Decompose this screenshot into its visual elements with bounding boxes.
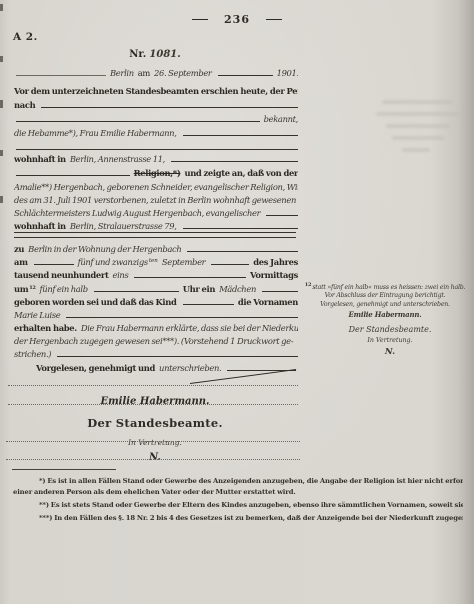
bleed-through xyxy=(376,112,460,116)
bleed-through xyxy=(386,124,450,128)
dotted-rule xyxy=(8,404,298,405)
form-text: Vor dem unterzeichneten Standesbeamten e… xyxy=(14,86,298,96)
remark-entry: der Hergenbach zugegen gewesen sei***). … xyxy=(14,336,293,346)
blank-rule xyxy=(262,291,298,292)
date-line: Berlin am 26. September 1901. xyxy=(14,66,298,78)
form-line: des am 31. Juli 1901 verstorbenen, zulet… xyxy=(14,193,298,205)
form-line: Schlächtermeisters Ludwig August Hergenb… xyxy=(14,206,298,218)
form-line: am fünf und zwanzigs ten September des J… xyxy=(14,255,298,267)
form-text: Uhr ein xyxy=(183,284,215,294)
correction-line: 12statt »fünf ein halb« muss es heissen:… xyxy=(300,284,470,292)
mother-entry: des am 31. Juli 1901 verstorbenen, zulet… xyxy=(14,195,296,205)
mother-entry: Amalie**) Hergenbach, geborenen Schneide… xyxy=(14,182,298,192)
date-entry: 26. September xyxy=(154,68,212,78)
blank-rule xyxy=(218,75,273,76)
margin-correction-note: 12statt »fünf ein halb« muss es heissen:… xyxy=(300,284,470,319)
residence-entry: Berlin, Annenstrasse 11, xyxy=(70,154,165,164)
binding-speck xyxy=(0,56,3,62)
birthplace-entry: Berlin in der Wohnung der Hergenbach xyxy=(28,244,181,254)
form-text: unterschrieben. xyxy=(159,363,221,373)
correction-line: Vor Abschluss der Eintragung berichtigt. xyxy=(300,292,470,300)
form-line: strichen.) xyxy=(14,347,298,359)
form-text: Vormittags xyxy=(250,270,298,280)
form-line: bekannt, xyxy=(14,112,298,124)
signature-name: Emilie Habermann. xyxy=(100,396,209,407)
year-entry: 1901. xyxy=(277,68,298,78)
margin-deputy-note: In Vertretung. xyxy=(330,337,450,344)
am-label: am xyxy=(138,68,150,78)
form-text: wohnhaft in xyxy=(14,221,66,231)
signature-block: Emilie Habermann. xyxy=(14,389,296,408)
correction-ref-mark: 12 xyxy=(305,282,312,288)
form-line: Amalie**) Hergenbach, geborenen Schneide… xyxy=(14,180,298,192)
place-entry: Berlin xyxy=(110,68,134,78)
form-text: erhalten habe. xyxy=(14,323,77,333)
binding-speck xyxy=(0,4,3,11)
correction-text: statt »fünf ein halb« muss es heissen: z… xyxy=(312,284,465,291)
form-text: nach xyxy=(14,100,35,110)
remark-entry: Die Frau Habermann erklärte, dass sie be… xyxy=(81,323,298,333)
blank-rule xyxy=(16,175,130,176)
correction-line: Vorgelesen, genehmigt und unterschrieben… xyxy=(300,301,470,309)
form-text: Vorgelesen, genehmigt und xyxy=(36,363,155,373)
record-number-label: Nr. xyxy=(129,49,146,60)
ordinal-suffix: ten xyxy=(149,258,158,264)
blank-rule xyxy=(266,215,298,216)
registrar-title: Der Standesbeamte. xyxy=(87,416,223,430)
form-text: am xyxy=(14,257,28,267)
registrar-initial-block: N. xyxy=(14,445,296,464)
blank-rule xyxy=(34,264,74,265)
blank-rule xyxy=(171,161,298,162)
bleed-through xyxy=(382,100,452,104)
birthday-entry: fünf und zwanzigs xyxy=(78,257,148,267)
double-rule xyxy=(14,232,296,238)
birthtime-entry: fünf ein halb xyxy=(40,284,88,294)
footnote-separator xyxy=(12,469,116,470)
form-line: die Hebamme*), Frau Emilie Habermann, xyxy=(14,126,298,138)
form-text: zu xyxy=(14,244,24,254)
blank-rule xyxy=(187,251,298,252)
correction-ref-mark: 12 xyxy=(29,285,35,291)
form-line xyxy=(14,140,298,152)
form-line: geboren worden sei und daß das Kind die … xyxy=(14,295,298,307)
blank-rule xyxy=(16,149,298,150)
footnote-3: ***) In den Fällen des §. 18 Nr. 2 bis 4… xyxy=(13,514,463,522)
birthmonth-entry: September xyxy=(162,257,206,267)
form-line: um 12 fünf ein halb Uhr ein Mädchen xyxy=(14,282,298,294)
blank-rule xyxy=(183,304,234,305)
record-number-value: 1081. xyxy=(149,49,180,60)
struck-word: Religion,*) xyxy=(134,168,181,178)
form-line: erhalten habe. Die Frau Habermann erklär… xyxy=(14,321,298,333)
remark-entry: strichen.) xyxy=(14,349,51,359)
form-line: tausend neunhundert eins Vormittags xyxy=(14,268,298,280)
dotted-rule xyxy=(6,441,300,442)
registrar-title-block: Der Standesbeamte. xyxy=(14,412,296,431)
page-number-row: 236 xyxy=(0,13,474,26)
document-page: 236 A 2. Nr. 1081. Berlin am 26. Septemb… xyxy=(0,0,474,604)
birthyear-entry: eins xyxy=(112,270,128,280)
form-text: wohnhaft in xyxy=(14,154,66,164)
form-text: des Jahres xyxy=(253,257,298,267)
footnote-1-line-1: *) Es ist in allen Fällen Stand oder Gew… xyxy=(13,477,463,485)
form-text: um xyxy=(14,284,28,294)
blank-rule xyxy=(66,317,298,318)
bleed-through xyxy=(402,148,430,152)
footnote-2: **) Es ist stets Stand oder Gewerbe der … xyxy=(13,501,463,509)
form-line: zu Berlin in der Wohnung der Hergenbach xyxy=(14,242,298,254)
bleed-through xyxy=(392,136,444,140)
form-line: Vor dem unterzeichneten Standesbeamten e… xyxy=(14,84,298,96)
blank-rule xyxy=(57,356,298,357)
form-line: der Hergenbach zugegen gewesen sei***). … xyxy=(14,334,298,346)
form-label: A 2. xyxy=(13,31,38,43)
declarant-entry: die Hebamme*), Frau Emilie Habermann, xyxy=(14,128,177,138)
page-number-dash xyxy=(266,19,282,20)
margin-registrar-title: Der Standesbeamte. xyxy=(330,325,450,334)
page-number-dash xyxy=(192,19,208,20)
closing-line: Vorgelesen, genehmigt und unterschrieben… xyxy=(36,361,296,373)
binding-speck xyxy=(0,150,3,156)
binding-speck xyxy=(0,196,3,203)
form-text: geboren worden sei und daß das Kind xyxy=(14,297,177,307)
form-line: wohnhaft in Berlin, Stralauerstrasse 79, xyxy=(14,219,298,231)
residence-entry: Berlin, Stralauerstrasse 79, xyxy=(70,221,177,231)
binding-speck xyxy=(0,100,3,108)
blank-rule xyxy=(16,121,260,122)
blank-rule xyxy=(183,228,298,229)
record-number-line: Nr. 1081. xyxy=(14,49,296,60)
blank-rule xyxy=(211,264,249,265)
form-line: Marie Luise xyxy=(14,308,298,320)
blank-rule xyxy=(134,277,246,278)
dotted-rule xyxy=(8,385,298,386)
form-line: nach xyxy=(14,98,298,110)
form-text: und zeigte an, daß von der xyxy=(184,168,298,178)
form-text: tausend neunhundert xyxy=(14,270,108,280)
margin-signature-name: Emilie Habermann. xyxy=(300,311,470,319)
registrar-initial: N. xyxy=(149,452,161,463)
sex-entry: Mädchen xyxy=(219,284,256,294)
page-number: 236 xyxy=(224,13,250,26)
form-line: wohnhaft in Berlin, Annenstrasse 11, xyxy=(14,152,298,164)
blank-rule xyxy=(41,107,298,108)
footnote-1-line-2: einer anderen Person als dem ehelichen V… xyxy=(13,488,463,496)
blank-rule xyxy=(16,75,106,76)
blank-rule xyxy=(183,135,298,136)
form-line: Religion,*) und zeigte an, daß von der xyxy=(14,166,298,178)
dotted-rule xyxy=(6,459,300,460)
form-text: die Vornamen xyxy=(238,297,298,307)
blank-rule xyxy=(94,291,179,292)
father-entry: Schlächtermeisters Ludwig August Hergenb… xyxy=(14,208,260,218)
margin-registrar-initial: N. xyxy=(330,347,450,357)
form-text: bekannt, xyxy=(264,114,298,124)
firstnames-entry: Marie Luise xyxy=(14,310,60,320)
